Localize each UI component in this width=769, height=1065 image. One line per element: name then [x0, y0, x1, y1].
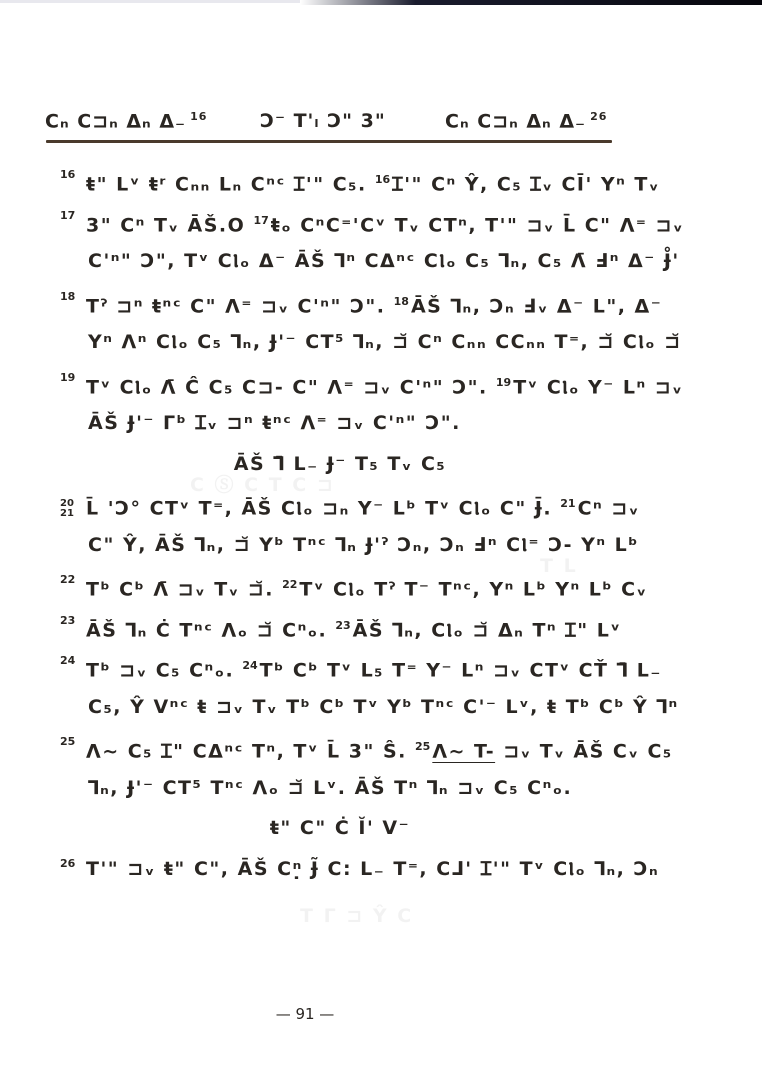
- text-line: C₅, Ŷ Vⁿᶜ ŧ ⊐ᵥ Tᵥ Tᵇ Cᵇ Tᵛ Yᵇ Tⁿᶜ C'⁻ Lᵛ…: [60, 687, 620, 728]
- verse-number: 25: [60, 727, 86, 757]
- inline-verse-number: 19: [496, 376, 511, 389]
- line-text-continued: ⊐ᵥ Tᵥ ĀŠ Cᵥ C₅: [503, 740, 673, 762]
- inline-verse-number: 17: [253, 214, 268, 227]
- line-text: C" Ŷ, ĀŠ ⅂ₙ, ⊐̆ Yᵇ Tⁿᶜ ⅂ₙ Ɉ'ˀ Ɔₙ, Ɔₙ Ⅎⁿ …: [88, 534, 639, 556]
- header-rule: [46, 140, 612, 143]
- text-line: C" Ŷ, ĀŠ ⅂ₙ, ⊐̆ Yᵇ Tⁿᶜ ⅂ₙ Ɉ'ˀ Ɔₙ, Ɔₙ Ⅎⁿ …: [60, 525, 620, 566]
- line-text: Tᵇ ⊐ᵥ C₅ Cⁿₒ.: [86, 659, 234, 681]
- inline-verse-number: 24: [242, 659, 257, 672]
- line-text-continued: Ɪ'" Cⁿ Ŷ, C₅ Ɪᵥ CĪ' Yⁿ Tᵥ: [392, 173, 660, 195]
- line-text: C'ⁿ" Ɔ", Tᵛ CⲒₒ Δ⁻ ĀŠ ⅂ⁿ CΔⁿᶜ CⲒₒ C₅ ⅂ₙ,…: [88, 250, 680, 272]
- verse-number: 18: [60, 282, 86, 312]
- line-text-continued: Tᵛ CⲒₒ Tˀ T⁻ Tⁿᶜ, Yⁿ Lᵇ Yⁿ Lᵇ Cᵥ: [299, 578, 647, 600]
- inline-verse-number: 23: [335, 619, 350, 632]
- line-text: ŧ" Lᵛ ŧʳ Cₙₙ Lₙ Cⁿᶜ Ɪ'" C₅.: [86, 173, 367, 195]
- inline-verse-number: 21: [560, 497, 575, 510]
- section-heading: ŧ" C" Ċ Ĭ' V⁻: [60, 808, 620, 849]
- scan-edge-dark-bar: [300, 0, 762, 5]
- header-left-ref: 16: [190, 110, 207, 123]
- verse-number: 19: [60, 363, 86, 393]
- header-center: Ɔ⁻ T'ₗ Ɔ" 3": [260, 110, 386, 132]
- verse-number: 24: [60, 646, 86, 676]
- header-right-ref: 26: [590, 110, 607, 123]
- line-text: Tᵇ Cᵇ Λ̄ ⊐ᵥ Tᵥ ⊐̆.: [86, 578, 274, 600]
- line-text: 3" Cⁿ Tᵥ ĀŠ.O: [86, 214, 245, 236]
- scan-edge-faint: [0, 0, 300, 3]
- line-text: ĀŠ Ɉ'⁻ Γᵇ Ɪᵥ ⊐ⁿ ŧⁿᶜ Λ⁼ ⊐ᵥ C'ⁿ" Ɔ".: [88, 412, 461, 434]
- text-line: ĀŠ Ɉ'⁻ Γᵇ Ɪᵥ ⊐ⁿ ŧⁿᶜ Λ⁼ ⊐ᵥ C'ⁿ" Ɔ".: [60, 403, 620, 444]
- line-text: ĀŠ ⅂ₙ Ċ Tⁿᶜ Λₒ ⊐̆ Cⁿₒ.: [86, 619, 327, 641]
- header-left: Cₙ C⊐ₙ Δₙ Δ₋16: [45, 110, 207, 132]
- bleed-through: T Γ ⊐ Ŷ C: [300, 905, 413, 927]
- line-text: Yⁿ Λⁿ CⲒₒ C₅ ⅂ₙ, Ɉ'⁻ CT⁵ ⅂ₙ, ⊐̆ Cⁿ Cₙₙ C…: [88, 331, 682, 353]
- text-line: 25Λ~ C₅ Ɪ" CΔⁿᶜ Tⁿ, Tᵛ L̄ 3" Ŝ. 25Λ~ T- …: [60, 727, 620, 768]
- verse-number: 26: [60, 849, 86, 879]
- line-text: ⅂ₙ, Ɉ'⁻ CT⁵ Tⁿᶜ Λₒ ⊐̆ Lᵛ. ĀŠ Tⁿ ⅂ₙ ⊐ᵥ C₅…: [88, 777, 572, 799]
- text-line: 22Tᵇ Cᵇ Λ̄ ⊐ᵥ Tᵥ ⊐̆. 22Tᵛ CⲒₒ Tˀ T⁻ Tⁿᶜ,…: [60, 565, 620, 606]
- line-text: Λ~ C₅ Ɪ" CΔⁿᶜ Tⁿ, Tᵛ L̄ 3" Ŝ.: [86, 740, 407, 762]
- text-line: 2021L̄ 'Ɔ° CTᵛ T⁼, ĀŠ CⲒₒ ⊐ₙ Y⁻ Lᵇ Tᵛ CⲒ…: [60, 484, 620, 525]
- text-line: 16ŧ" Lᵛ ŧʳ Cₙₙ Lₙ Cⁿᶜ Ɪ'" C₅. 16Ɪ'" Cⁿ Ŷ…: [60, 160, 620, 201]
- verse-number: 2021: [60, 499, 86, 519]
- line-text-continued: Tᵛ CⲒₒ Y⁻ Lⁿ ⊐ᵥ: [513, 376, 683, 398]
- header-left-text: Cₙ C⊐ₙ Δₙ Δ₋: [45, 110, 186, 132]
- verse-number: 16: [60, 160, 86, 190]
- verse-number: 22: [60, 565, 86, 595]
- text-line: C'ⁿ" Ɔ", Tᵛ CⲒₒ Δ⁻ ĀŠ ⅂ⁿ CΔⁿᶜ CⲒₒ C₅ ⅂ₙ,…: [60, 241, 620, 282]
- body-text: 16ŧ" Lᵛ ŧʳ Cₙₙ Lₙ Cⁿᶜ Ɪ'" C₅. 16Ɪ'" Cⁿ Ŷ…: [60, 160, 620, 889]
- text-line: 18Tˀ ⊐ⁿ ŧⁿᶜ C" Λ⁼ ⊐ᵥ C'ⁿ" Ɔ". 18ĀŠ ⅂ₙ, Ɔ…: [60, 282, 620, 323]
- line-text: C₅, Ŷ Vⁿᶜ ŧ ⊐ᵥ Tᵥ Tᵇ Cᵇ Tᵛ Yᵇ Tⁿᶜ C'⁻ Lᵛ…: [88, 696, 679, 718]
- text-line: Yⁿ Λⁿ CⲒₒ C₅ ⅂ₙ, Ɉ'⁻ CT⁵ ⅂ₙ, ⊐̆ Cⁿ Cₙₙ C…: [60, 322, 620, 363]
- inline-verse-number: 16: [375, 173, 390, 186]
- line-text-continued: ĀŠ ⅂ₙ, CⲒₒ ⊐̆ Δₙ Tⁿ Ɪ" Lᵛ: [353, 619, 622, 641]
- line-text: Tˀ ⊐ⁿ ŧⁿᶜ C" Λ⁼ ⊐ᵥ C'ⁿ" Ɔ".: [86, 295, 386, 317]
- line-text: T'" ⊐ᵥ ŧ" C", ĀŠ Cⁿ̣ Ɉ̃ C: L₋ T⁼, C⅃' Ɪ'…: [86, 858, 659, 880]
- header-right-text: Cₙ C⊐ₙ Δₙ Δ₋: [445, 110, 586, 132]
- line-text: L̄ 'Ɔ° CTᵛ T⁼, ĀŠ CⲒₒ ⊐ₙ Y⁻ Lᵇ Tᵛ CⲒₒ C"…: [86, 497, 552, 519]
- verse-number: 23: [60, 606, 86, 636]
- line-text: ĀŠ ⅂̄ L₋ Ɉ⁻ T₅ Tᵥ C₅: [234, 453, 446, 475]
- line-text: Tᵛ CⲒₒ Λ̄ Ĉ C₅ C⊐- C" Λ⁼ ⊐ᵥ C'ⁿ" Ɔ".: [86, 376, 488, 398]
- text-line: 173" Cⁿ Tᵥ ĀŠ.O 17ŧₒ CⁿC⁼'Cᵛ Tᵥ CTⁿ, T'"…: [60, 201, 620, 242]
- inline-verse-number: 22: [282, 578, 297, 591]
- inline-verse-number: 18: [394, 295, 409, 308]
- line-text-continued: Cⁿ ⊐ᵥ: [578, 497, 640, 519]
- line-text: ŧ" C" Ċ Ĭ' V⁻: [270, 817, 410, 839]
- text-line: 24Tᵇ ⊐ᵥ C₅ Cⁿₒ. 24Tᵇ Cᵇ Tᵛ L₅ T⁼ Y⁻ Lⁿ ⊐…: [60, 646, 620, 687]
- section-heading: ĀŠ ⅂̄ L₋ Ɉ⁻ T₅ Tᵥ C₅: [60, 444, 620, 485]
- page-number: — 91 —: [0, 1005, 610, 1023]
- text-line: ⅂ₙ, Ɉ'⁻ CT⁵ Tⁿᶜ Λₒ ⊐̆ Lᵛ. ĀŠ Tⁿ ⅂ₙ ⊐ᵥ C₅…: [60, 768, 620, 809]
- line-text-continued: ĀŠ ⅂ₙ, Ɔₙ Ⅎᵥ Δ⁻ L", Δ⁻: [411, 295, 662, 317]
- inline-verse-number: 25: [415, 740, 430, 753]
- text-line: 19Tᵛ CⲒₒ Λ̄ Ĉ C₅ C⊐- C" Λ⁼ ⊐ᵥ C'ⁿ" Ɔ". 1…: [60, 363, 620, 404]
- text-line: 26T'" ⊐ᵥ ŧ" C", ĀŠ Cⁿ̣ Ɉ̃ C: L₋ T⁼, C⅃' …: [60, 849, 620, 890]
- underlined-text: Λ~ T-: [432, 740, 495, 762]
- line-text-continued: Tᵇ Cᵇ Tᵛ L₅ T⁼ Y⁻ Lⁿ ⊐ᵥ CTᵛ CŤ ⅂̄ L₋: [260, 659, 662, 681]
- running-header: Cₙ C⊐ₙ Δₙ Δ₋16 Ɔ⁻ T'ₗ Ɔ" 3" Cₙ C⊐ₙ Δₙ Δ₋…: [45, 100, 615, 140]
- line-text-continued: ŧₒ CⁿC⁼'Cᵛ Tᵥ CTⁿ, T'" ⊐ᵥ L̄ C" Λ⁼ ⊐ᵥ: [271, 214, 684, 236]
- header-right: Cₙ C⊐ₙ Δₙ Δ₋26: [445, 110, 607, 132]
- verse-number: 17: [60, 201, 86, 231]
- text-line: 23ĀŠ ⅂ₙ Ċ Tⁿᶜ Λₒ ⊐̆ Cⁿₒ. 23ĀŠ ⅂ₙ, CⲒₒ ⊐̆…: [60, 606, 620, 647]
